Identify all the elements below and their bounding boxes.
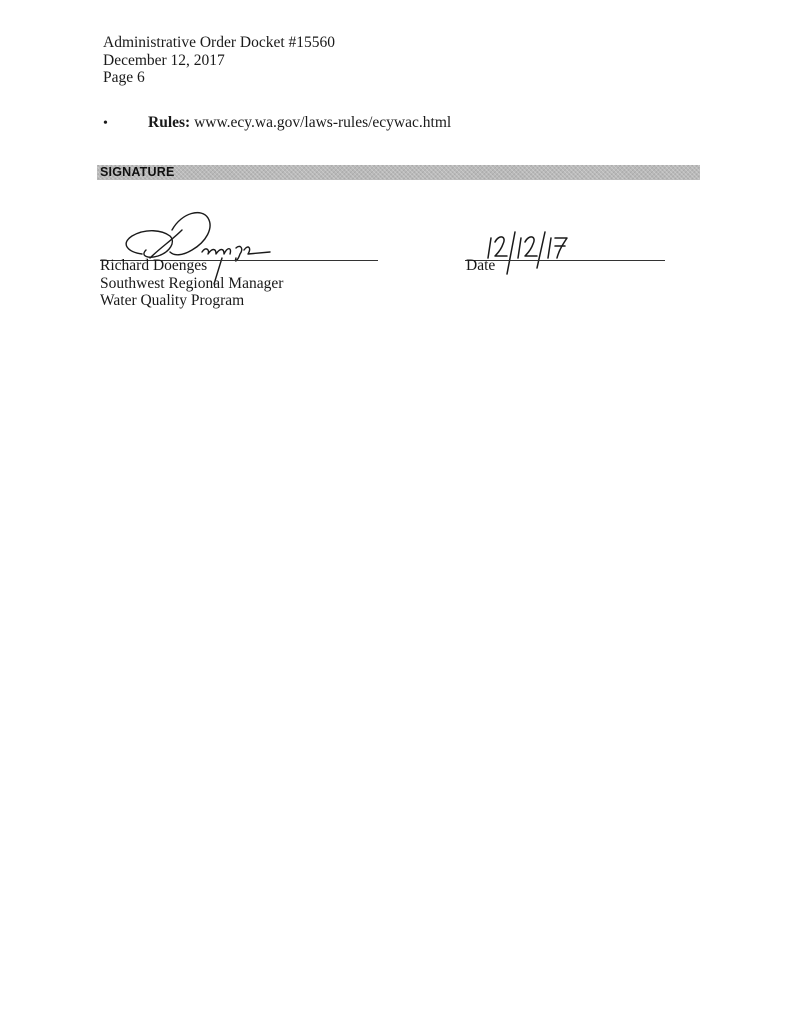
bullet-icon: • <box>103 116 148 132</box>
signatory-info: Richard Doenges Southwest Regional Manag… <box>100 257 283 310</box>
page-number: Page 6 <box>103 69 335 87</box>
signature-section-bar: SIGNATURE <box>97 165 700 180</box>
rules-url[interactable]: www.ecy.wa.gov/laws-rules/ecywac.html <box>194 114 451 131</box>
rules-label: Rules: <box>148 114 190 131</box>
signatory-program: Water Quality Program <box>100 292 283 310</box>
document-date: December 12, 2017 <box>103 52 335 70</box>
signatory-name: Richard Doenges <box>100 257 283 275</box>
date-label: Date <box>466 257 495 275</box>
signatory-title: Southwest Regional Manager <box>100 275 283 293</box>
document-header: Administrative Order Docket #15560 Decem… <box>103 34 335 87</box>
section-title: SIGNATURE <box>100 165 175 180</box>
handwritten-date-icon <box>485 228 595 278</box>
docket-number: Administrative Order Docket #15560 <box>103 34 335 52</box>
rules-bullet: •Rules: www.ecy.wa.gov/laws-rules/ecywac… <box>103 114 451 132</box>
